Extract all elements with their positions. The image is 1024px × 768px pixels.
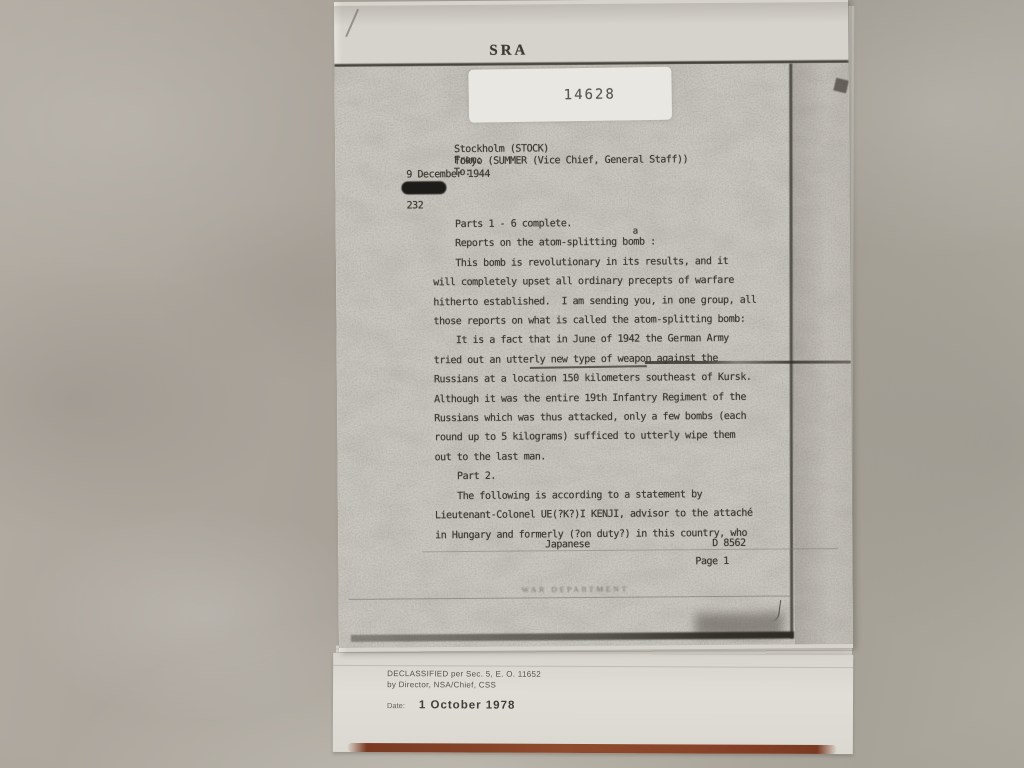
date-value: 1 October 1978	[419, 699, 516, 711]
reference-number: D 8562	[712, 538, 746, 549]
page-number: Page 1	[695, 556, 729, 567]
war-department-ghost-stamp: WAR DEPARTMENT	[522, 585, 629, 593]
redaction-mark	[401, 181, 446, 194]
declassification-stamp: DECLASSIFIED per Sec. 5, E. O. 11652 by …	[387, 668, 541, 712]
photo-of-declassified-document: DECLASSIFIED per Sec. 5, E. O. 11652 by …	[0, 0, 1024, 768]
message-date: 9 December 1944	[406, 169, 490, 181]
book-cover-edge	[347, 743, 837, 754]
photocopy-sheet: SRA	[334, 0, 853, 652]
serial-number-label: 14628	[468, 67, 672, 123]
serial-number: 14628	[564, 86, 616, 103]
photocopy-scan-area: 14628 From: Stockholm (STOCK) To: Tokyo …	[334, 63, 853, 648]
message-body: Parts 1 - 6 complete. Reports on the ato…	[433, 213, 759, 545]
declassification-date-row: Date: 1 October 1978	[387, 699, 541, 712]
pencil-line-extension	[645, 361, 851, 364]
message-number: 232	[407, 200, 424, 211]
bottom-sheet: DECLASSIFIED per Sec. 5, E. O. 11652 by …	[333, 653, 853, 754]
declassification-line1: DECLASSIFIED per Sec. 5, E. O. 11652	[387, 668, 541, 680]
superscript-note: a	[633, 227, 638, 237]
language-note: Japanese	[545, 539, 590, 550]
declassification-line2: by Director, NSA/Chief, CSS	[387, 679, 541, 691]
from-value: Stockholm (STOCK)	[454, 143, 549, 155]
series-header: SRA	[489, 43, 528, 60]
photocopy-smudge-column	[790, 63, 853, 644]
to-value: Tokyo (SUMMER (Vice Chief, General Staff…	[454, 154, 688, 167]
date-label: Date:	[387, 701, 405, 710]
paper-curl-shadow	[334, 2, 848, 32]
